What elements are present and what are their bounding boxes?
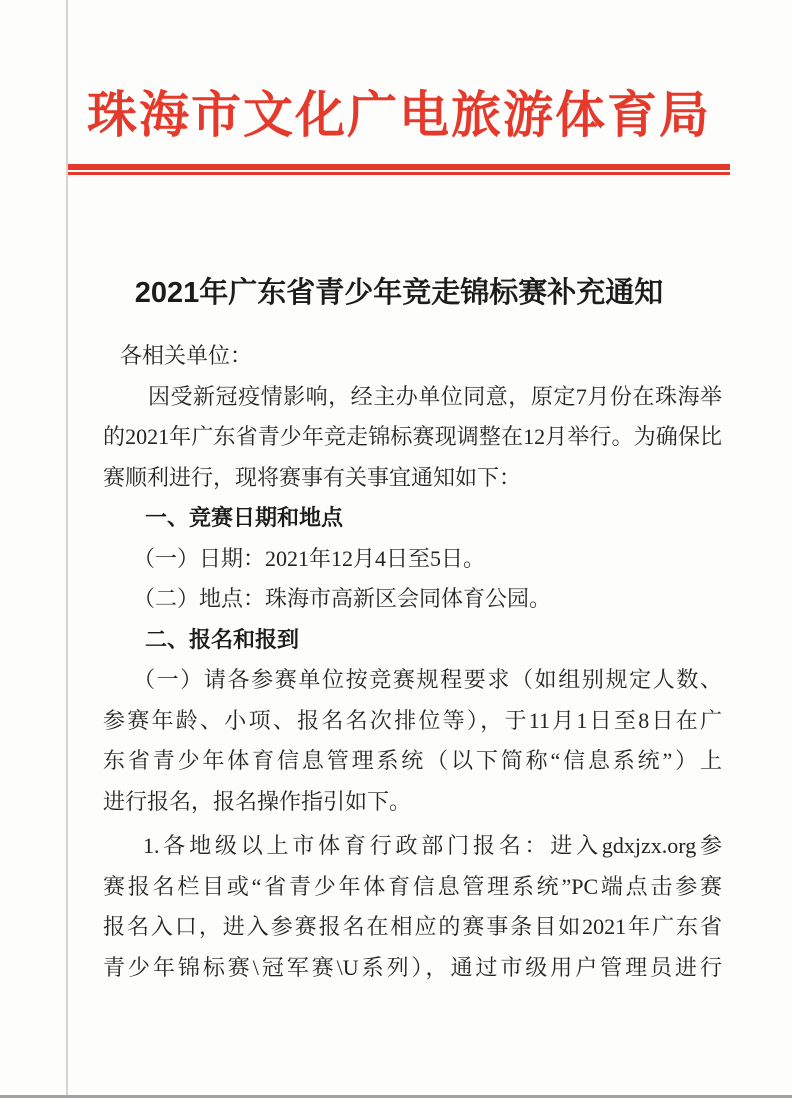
body-line: 一、竞赛日期和地点 [103,498,722,539]
body-line: 1.各地级以上市体育行政部门报名：进入gdxjzx.org参 [103,826,722,867]
body-line: （二）地点：珠海市高新区会同体育公园。 [103,579,722,620]
document-content: 珠海市文化广电旅游体育局 2021年广东省青少年竞走锦标赛补充通知 各相关单位：… [68,0,730,988]
body-line: 参赛年龄、小项、报名名次排位等），于11月1日至8日在广 [103,701,722,742]
body-line: 报名入口，进入参赛报名在相应的赛事条目如2021年广东省 [103,907,722,948]
document-body: 各相关单位：因受新冠疫情影响，经主办单位同意，原定7月份在珠海举行的2021年广… [103,336,722,988]
document-title: 2021年广东省青少年竞走锦标赛补充通知 [68,275,730,311]
letterhead-org-name: 珠海市文化广电旅游体育局 [68,0,730,142]
body-line: 赛顺利进行，现将赛事有关事宜通知如下： [103,458,722,499]
body-line: 因受新冠疫情影响，经主办单位同意，原定7月份在珠海举行 [103,377,722,418]
letterhead-double-rule [68,164,730,175]
body-line: （一）日期：2021年12月4日至5日。 [103,539,722,580]
body-line: 各相关单位： [103,336,722,377]
body-line: 东省青少年体育信息管理系统（以下简称“信息系统”）上 [103,741,722,782]
scanner-background [0,1098,792,1107]
scanned-document-page: 珠海市文化广电旅游体育局 2021年广东省青少年竞走锦标赛补充通知 各相关单位：… [0,0,792,1107]
body-line: 青少年锦标赛\冠军赛\U系列），通过市级用户管理员进行 [103,948,722,989]
body-line: 赛报名栏目或“省青少年体育信息管理系统”PC端点击参赛 [103,867,722,908]
body-line: 的2021年广东省青少年竞走锦标赛现调整在12月举行。为确保比 [103,417,722,458]
body-line: 进行报名，报名操作指引如下。 [103,782,722,823]
body-line: 二、报名和报到 [103,620,722,661]
body-line: （一）请各参赛单位按竞赛规程要求（如组别规定人数、 [103,660,722,701]
rule-thin-line [68,172,730,175]
